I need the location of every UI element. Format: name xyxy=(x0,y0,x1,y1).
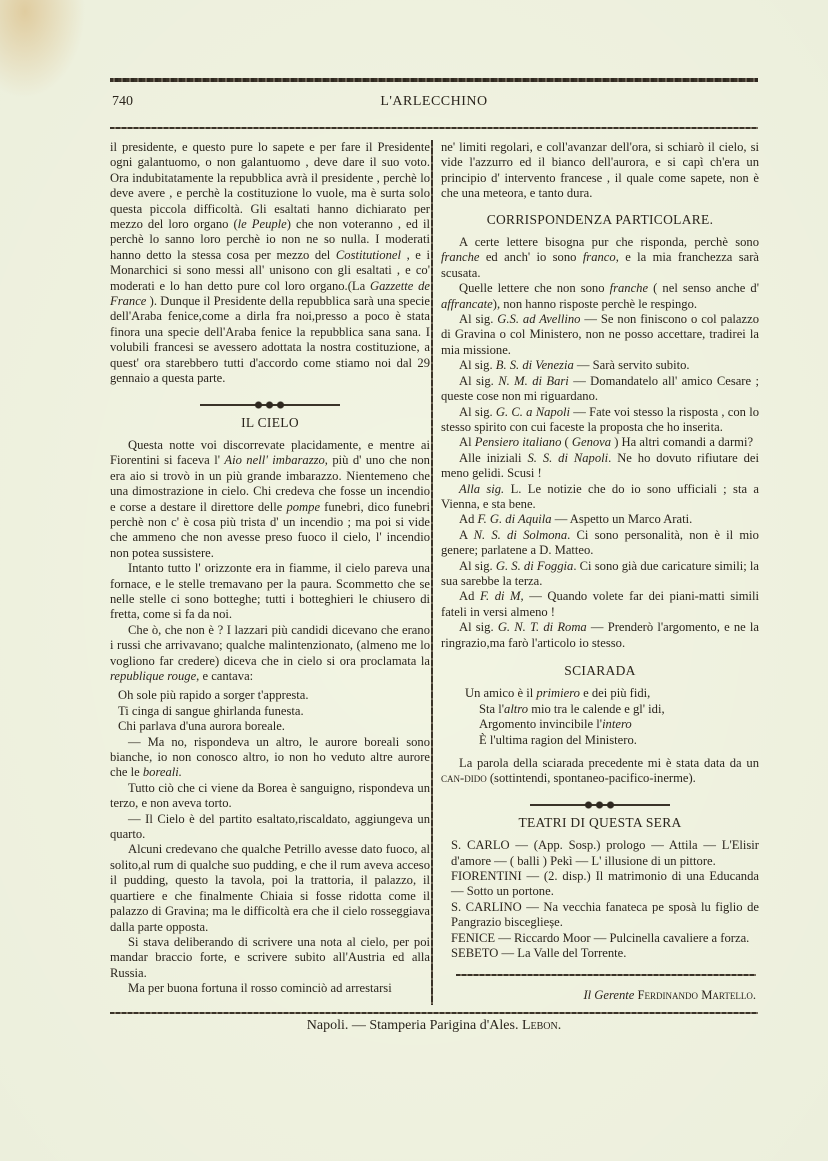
correspondence-entry: Ad F. G. di Aquila — Aspetto un Marco Ar… xyxy=(441,512,759,527)
correspondence-entry: Alla sig. L. Le notizie che do io sono u… xyxy=(441,482,759,513)
theatre-name: S. CARLO xyxy=(451,838,510,852)
correspondence-entry: Al sig. N. M. di Bari — Domandatelo all'… xyxy=(441,374,759,405)
article-paragraph: — Ma no, rispondeva un altro, le aurore … xyxy=(110,735,430,781)
poem-line: Sta l'altro mio tra le calende e gl' idi… xyxy=(465,702,759,717)
verse-line: Oh sole più rapido a sorger t'appresta. xyxy=(110,688,430,703)
theatre-row: S. CARLO — (App. Sosp.) prologo — Attila… xyxy=(441,838,759,869)
theatre-program: — Riccardo Moor — Pulcinella cavaliere a… xyxy=(498,931,749,945)
masthead-title: L'ARLECCHINO xyxy=(110,94,758,110)
theatre-name: FENICE xyxy=(451,931,495,945)
correspondence-entry: Al sig. G.S. ad Avellino — Se non finisc… xyxy=(441,312,759,358)
left-column: il presidente, e questo pure lo sapete e… xyxy=(110,140,430,997)
charade-solution: La parola della sciarada precedente mi è… xyxy=(441,756,759,787)
correspondence-entry: Alle iniziali S. S. di Napoli. Ne ho dov… xyxy=(441,451,759,482)
theatre-name: SEBETO xyxy=(451,946,498,960)
article-paragraph: Ma per buona fortuna il rosso cominciò a… xyxy=(110,981,430,996)
correspondence-entry: A N. S. di Solmona. Ci sono personalità,… xyxy=(441,528,759,559)
correspondence-entry: Ad F. di M, — Quando volete far dei pian… xyxy=(441,589,759,620)
article-paragraph: Questa notte voi discorrevate placidamen… xyxy=(110,438,430,561)
charade-poem: Un amico è il primiero e dei più fidi, S… xyxy=(465,686,759,748)
section-title-corrispondenza: CORRISPONDENZA PARTICOLARE. xyxy=(441,212,759,227)
theatre-name: S. CARLINO xyxy=(451,900,522,914)
correspondence-entry: Quelle lettere che non sono franche ( ne… xyxy=(441,281,759,312)
section-ornament xyxy=(200,401,340,409)
theatre-row: S. CARLINO — Na vecchia fanateca pe spos… xyxy=(441,900,759,931)
correspondence-entry: Al sig. G. S. di Foggia. Ci sono già due… xyxy=(441,559,759,590)
right-column: ne' limiti regolari, e coll'avanzar dell… xyxy=(441,140,759,962)
article-paragraph: Tutto ciò che ci viene da Borea è sangui… xyxy=(110,781,430,812)
theatre-listings: S. CARLO — (App. Sosp.) prologo — Attila… xyxy=(441,838,759,961)
verse-line: Chi parlava d'una aurora boreale. xyxy=(110,719,430,734)
signature-name: Ferdinando Martello. xyxy=(638,988,756,1002)
theatre-row: FENICE — Riccardo Moor — Pulcinella cava… xyxy=(441,931,759,946)
poem-line: Argomento invincibile l'intero xyxy=(465,717,759,732)
correspondence-entry: Al sig. G. C. a Napoli — Fate voi stesso… xyxy=(441,405,759,436)
footer-rule xyxy=(110,1012,758,1014)
verse-block: Oh sole più rapido a sorger t'appresta. … xyxy=(110,688,430,734)
signature-rule xyxy=(456,974,756,976)
article-paragraph: Intanto tutto l' orizzonte era in fiamme… xyxy=(110,561,430,623)
article-paragraph: Che ò, che non è ? I lazzari più candidi… xyxy=(110,623,430,685)
theatre-row: FIORENTINI — (2. disp.) Il matrimonio di… xyxy=(441,869,759,900)
article-paragraph: Si stava deliberando di scrivere una not… xyxy=(110,935,430,981)
top-decorative-rule xyxy=(110,78,758,82)
signature-role: Il Gerente xyxy=(583,988,634,1002)
header-bottom-rule xyxy=(110,127,758,129)
section-ornament xyxy=(530,801,670,809)
correspondence-entry: A certe lettere bisogna pur che risponda… xyxy=(441,235,759,281)
correspondence-entry: Al Pensiero italiano ( Genova ) Ha altri… xyxy=(441,435,759,450)
section-title-il-cielo: IL CIELO xyxy=(110,415,430,430)
signature: Il Gerente Ferdinando Martello. xyxy=(441,988,756,1003)
section-title-sciarada: SCIARADA xyxy=(441,663,759,678)
article-paragraph: — Il Cielo è del partito esaltato,riscal… xyxy=(110,812,430,843)
printer-imprint: Napoli. — Stamperia Parigina d'Ales. Leb… xyxy=(110,1018,758,1034)
theatre-row: SEBETO — La Valle del Torrente. xyxy=(441,946,759,961)
verse-line: Ti cinga di sangue ghirlanda funesta. xyxy=(110,704,430,719)
intro-paragraph: il presidente, e questo pure lo sapete e… xyxy=(110,140,430,387)
theatre-program: — La Valle del Torrente. xyxy=(502,946,627,960)
poem-line: Un amico è il primiero e dei più fidi, xyxy=(465,686,759,701)
theatre-name: FIORENTINI xyxy=(451,869,522,883)
article-paragraph: Alcuni credevano che qualche Petrillo av… xyxy=(110,842,430,934)
correspondence-entry: Al sig. G. N. T. di Roma — Prenderò l'ar… xyxy=(441,620,759,651)
column-divider xyxy=(431,140,433,1005)
poem-line: È l'ultima ragion del Ministero. xyxy=(465,733,759,748)
section-title-teatri: TEATRI DI QUESTA SERA xyxy=(441,815,759,830)
correspondence-list: A certe lettere bisogna pur che risponda… xyxy=(441,235,759,651)
correspondence-entry: Al sig. B. S. di Venezia — Sarà servito … xyxy=(441,358,759,373)
page-header: 740 L'ARLECCHINO xyxy=(110,94,758,114)
continuation-paragraph: ne' limiti regolari, e coll'avanzar dell… xyxy=(441,140,759,202)
